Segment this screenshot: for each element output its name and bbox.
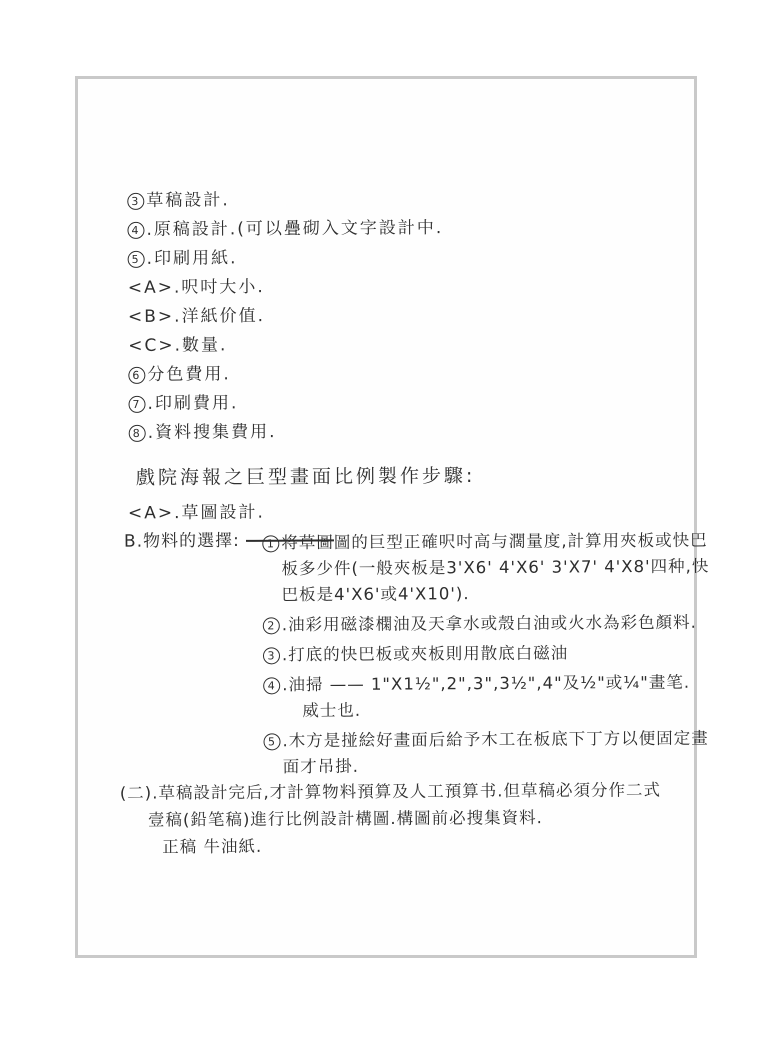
material-text-sub — [282, 606, 713, 609]
list-item-text: .洋紙价值. — [174, 306, 265, 327]
list-item-text: .資料搜集費用. — [148, 422, 277, 443]
note-line-3: 正稿 牛油紙. — [120, 830, 680, 860]
list-item-text: .數量. — [174, 335, 227, 355]
material-text-sub — [282, 666, 713, 669]
list-item: <B>.洋紙价值. — [128, 301, 444, 332]
circled-number-marker: 7 — [128, 396, 145, 413]
note-line-1: (二).草稿設計完后,才計算物料預算及人工預算书.但草稿必須分作二式 — [120, 776, 680, 806]
letter-marker: <A> — [128, 278, 174, 298]
material-text: .打底的快巴板或夾板則用散底白磁油 — [282, 640, 713, 669]
scanned-handwritten-page: { "page": { "background": "#ffffff", "fr… — [0, 0, 778, 1037]
list-item: <C>.數量. — [128, 330, 444, 361]
circled-number-marker: 3 — [127, 193, 144, 210]
list-item-text: 分色費用. — [147, 364, 231, 385]
material-item: 5 .木方是掽絵好畫面后給予木工在板底下丁方以便固定畫面才吊掛. — [263, 726, 713, 781]
material-text: 将草圖圖的巨型正確呎吋高与濶量度,計算用夾板或快巴板多少件(一般夾板是3'X6'… — [281, 528, 712, 609]
list-item: <A>.呎吋大小. — [128, 272, 444, 303]
material-text-main: .油掃 —— 1"X1½",2",3",3½",4"及½"或¼"畫笔. — [282, 673, 690, 694]
circled-number-marker: 2 — [263, 617, 280, 634]
step-b-label: 物料的選擇: — [143, 531, 240, 552]
note-line-2: 壹稿(鉛笔稿)進行比例設計構圖.構圖前必搜集資料. — [120, 803, 680, 833]
material-text-sub: 威士也. — [282, 696, 713, 725]
circled-number-marker: 5 — [128, 251, 145, 268]
material-text-main: .打底的快巴板或夾板則用散底白磁油 — [282, 644, 568, 665]
list-item-text: .原稿設計.(可以疊砌入文字設計中. — [146, 218, 443, 240]
material-text: .油彩用磁漆㯗油及天拿水或殼白油或火水為彩色顏料. — [282, 610, 713, 639]
step-a-marker: <A>. — [128, 503, 182, 523]
list-item-text: .呎吋大小. — [174, 277, 265, 298]
list-item: 8.資料搜集費用. — [129, 417, 445, 448]
material-text-sub — [282, 636, 713, 639]
list-item-text: .印刷費用. — [147, 393, 238, 414]
circled-number-marker: 3 — [263, 647, 280, 664]
material-item: 4 .油掃 —— 1"X1½",2",3",3½",4"及½"或¼"畫笔. 威士… — [263, 670, 713, 725]
material-text-main: .油彩用磁漆㯗油及天拿水或殼白油或火水為彩色顏料. — [282, 613, 697, 635]
material-text-main: .木方是掽絵好畫面后給予木工在板底下丁方以便固定畫面才吊掛. — [282, 729, 708, 777]
material-item: 1 将草圖圖的巨型正確呎吋高与濶量度,計算用夾板或快巴板多少件(一般夾板是3'X… — [262, 528, 712, 609]
bottom-note: (二).草稿設計完后,才計算物料預算及人工預算书.但草稿必須分作二式 壹稿(鉛笔… — [120, 776, 680, 860]
top-numbered-list: 3草稿設計. 4.原稿設計.(可以疊砌入文字設計中. 5.印刷用紙. <A>.呎… — [127, 185, 444, 448]
letter-marker: <C> — [128, 336, 174, 356]
letter-marker: <B> — [128, 307, 174, 327]
step-b-marker: B. — [124, 532, 143, 552]
list-item: 3草稿設計. — [127, 185, 443, 216]
circled-number-marker: 1 — [262, 535, 279, 552]
step-a-line: <A>.草圖設計. — [128, 499, 265, 529]
section-heading: 戲院海報之巨型畫面比例製作步驟: — [136, 462, 476, 493]
material-text-main: 将草圖圖的巨型正確呎吋高与濶量度,計算用夾板或快巴板多少件(一般夾板是3'X6'… — [281, 531, 709, 605]
list-item: 4.原稿設計.(可以疊砌入文字設計中. — [127, 214, 443, 245]
circled-number-marker: 6 — [128, 367, 145, 384]
list-item: 7.印刷費用. — [128, 388, 444, 419]
material-item: 2 .油彩用磁漆㯗油及天拿水或殼白油或火水為彩色顏料. — [263, 610, 713, 639]
circled-number-marker: 4 — [127, 222, 144, 239]
circled-number-marker: 4 — [263, 677, 280, 694]
circled-number-marker: 8 — [129, 425, 146, 442]
list-item: 6分色費用. — [128, 359, 444, 390]
list-item: 5.印刷用紙. — [128, 243, 444, 274]
materials-list: 1 将草圖圖的巨型正確呎吋高与濶量度,計算用夾板或快巴板多少件(一般夾板是3'X… — [262, 528, 714, 785]
list-item-text: 草稿設計. — [146, 190, 230, 211]
step-a-text: 草圖設計. — [181, 503, 265, 524]
list-item-text: .印刷用紙. — [147, 248, 238, 269]
material-text: .油掃 —— 1"X1½",2",3",3½",4"及½"或¼"畫笔. 威士也. — [282, 670, 713, 725]
material-item: 3 .打底的快巴板或夾板則用散底白磁油 — [263, 640, 713, 669]
circled-number-marker: 5 — [263, 733, 280, 750]
material-text: .木方是掽絵好畫面后給予木工在板底下丁方以便固定畫面才吊掛. — [282, 726, 713, 781]
